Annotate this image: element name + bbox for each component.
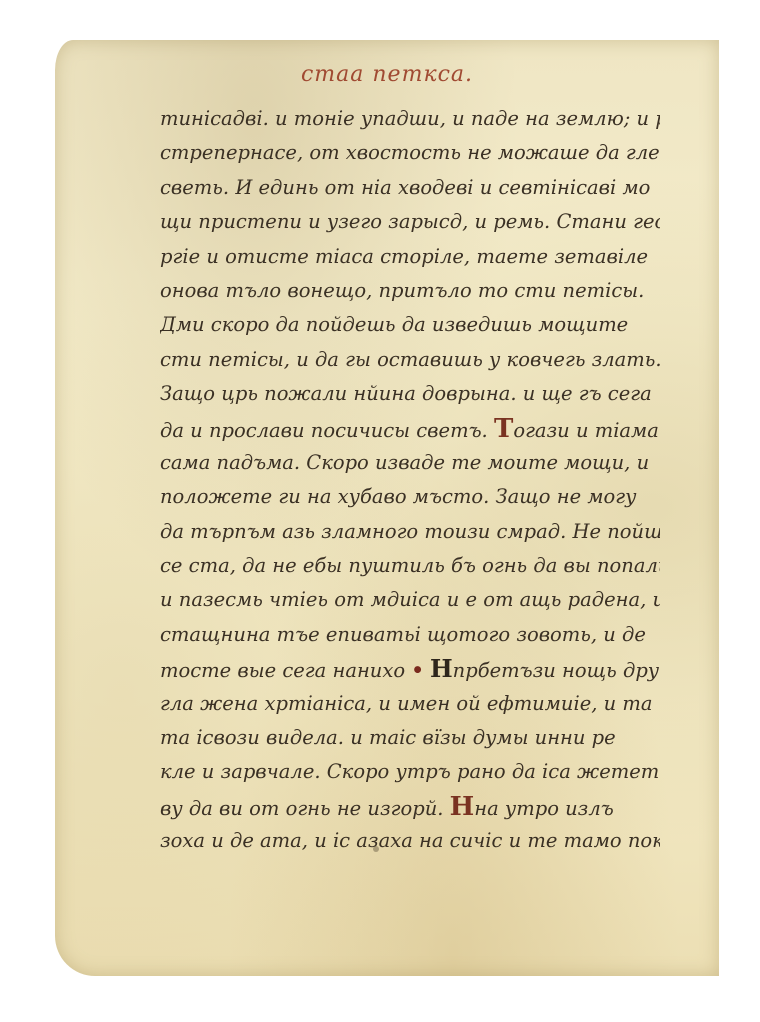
line-text: ву да ви от огнь не изгорй.: [160, 797, 443, 820]
text-line: Защо црь пожали нйина доврына. и ще гъ с…: [160, 377, 660, 411]
text-line: стащнина тъе епиватьі щотого зовоть, и д…: [160, 618, 660, 652]
text-line: сти петісы, и да гы оставишь у ковчегь з…: [160, 343, 660, 377]
text-line: се ста, да не ебы пуштиль бъ огнь да вы …: [160, 549, 660, 583]
text-line: да търпъм азь зламного тоизи смрад. Не п…: [160, 515, 660, 549]
red-initial: Т: [494, 414, 513, 444]
text-line: тосте вые сега нанихо • Нпрбетъзи нощь д…: [160, 652, 660, 686]
manuscript-page: стаа петкса. тинісадві. и тоніе упадши, …: [55, 40, 719, 976]
text-line: ву да ви от огнь не изгорй. Нна утро изл…: [160, 790, 660, 824]
line-text: да и прослави посичисы светъ.: [160, 419, 488, 442]
text-line: онова тъло вонещо, притъло то сти петісы…: [160, 274, 660, 308]
text-line: та ісвози видела. и таіс вїзы думы инни …: [160, 721, 660, 755]
red-dot: •: [411, 659, 423, 682]
line-text: на утро излъ: [474, 797, 614, 820]
text-line: Дми скоро да пойдешь да изведишь мощите: [160, 308, 660, 342]
line-text: тосте вые сега нанихо: [160, 659, 405, 682]
line-text: прбетъзи нощь дру: [453, 659, 659, 682]
manuscript-text: тинісадві. и тоніе упадши, и паде на зем…: [160, 102, 660, 859]
ink-smudge: [373, 846, 379, 852]
text-line: и пазесмь чтіеь от мдиіса и е от ащь рад…: [160, 583, 660, 617]
text-line: ргіе и отисте тіаса сторіле, таете зетав…: [160, 240, 660, 274]
text-line: щи пристепи и узего зарысд, и ремь. Стан…: [160, 205, 660, 239]
text-line: гла жена хртіаніса, и имен ой ефтимиіе, …: [160, 687, 660, 721]
text-line: стрепернасе, от хвостость не можаше да г…: [160, 136, 660, 170]
text-line: кле и зарвчале. Скоро утръ рано да іса ж…: [160, 755, 660, 789]
text-line: тинісадві. и тоніе упадши, и паде на зем…: [160, 102, 660, 136]
rubric-heading: стаа петкса.: [55, 62, 719, 87]
text-line: светь. И единь от ніа хводеві и севтініс…: [160, 171, 660, 205]
red-initial: Н: [450, 792, 475, 822]
text-line: положете ги на хубаво мъсто. Защо не мог…: [160, 480, 660, 514]
initial: Н: [430, 654, 453, 683]
line-text: огази и тіама: [513, 419, 659, 442]
text-line: сама падъма. Скоро изваде те моите мощи,…: [160, 446, 660, 480]
text-line: зоха и де ата, и іс азаха на сичіс и те …: [160, 824, 660, 858]
text-line: да и прослави посичисы светъ. Тогази и т…: [160, 412, 660, 446]
